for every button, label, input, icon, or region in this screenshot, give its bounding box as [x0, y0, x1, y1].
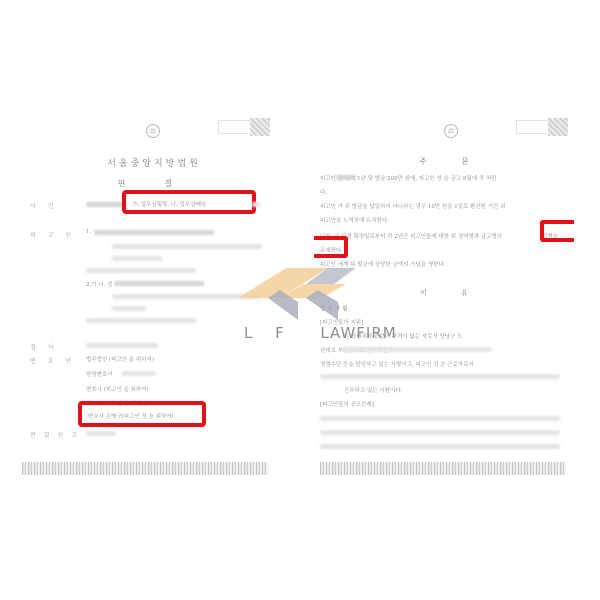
redacted-address: [112, 244, 262, 249]
prosecutor-label: 검 사: [30, 342, 59, 351]
watermark-text: L F LAWFIRM: [244, 324, 397, 342]
court-name: 서울중앙지방법원: [22, 156, 286, 169]
redacted-name: [336, 175, 356, 180]
court-seal-icon: ⚖: [444, 124, 458, 138]
qr-code-icon: [250, 118, 270, 136]
redacted-mark: [252, 202, 260, 207]
facts-line: 근무하고 있는 사람이다.: [344, 386, 402, 394]
document-type: 판 결: [22, 178, 286, 189]
qr-code-icon: [548, 118, 568, 136]
highlight-case-charges: [122, 190, 256, 214]
court-seal-icon: ⚖: [146, 124, 160, 138]
document-footer-noise: [22, 462, 268, 475]
order-line: 피고인 가 위 벌금을 납입하지 아니하는 경우 10만 원을 1일로 환산한 …: [320, 202, 506, 210]
verdict-date-label: 판 결 선 고: [30, 430, 80, 439]
counsel-label: 변 호 인: [30, 356, 76, 365]
highlight-right-bracket: [540, 220, 574, 242]
redacted-text: [342, 347, 492, 352]
redacted-text: [320, 416, 560, 421]
redacted-text: [320, 430, 560, 435]
defendant-label: 피 고 인: [30, 230, 76, 239]
barcode-box: [218, 120, 254, 134]
watermark-letters: L F: [244, 324, 293, 342]
counsel-line: 변호사 (피고인 을 위하여): [86, 385, 149, 393]
redacted-address: [112, 306, 146, 311]
document-footer-noise: [320, 462, 566, 475]
highlight-left-bracket: [314, 236, 348, 258]
redacted-address: [112, 256, 162, 261]
redacted-defendant-1: [94, 230, 214, 235]
counsel-line: 법무법인 (피고인 을 위하여): [86, 355, 154, 363]
facts-line: 경영수단 등을 담당하고 있는 사람이고, 피고인 성 은 근로자로서: [320, 360, 474, 368]
defendant-1-index: 1.: [86, 229, 91, 235]
case-label: 사 건: [30, 201, 59, 210]
subsection-conspiracy: [피고인들의 공모관계]: [320, 400, 374, 408]
order-section-title: 주 문: [320, 156, 584, 167]
redacted-text: [320, 374, 560, 379]
redacted-defendant-2: [114, 281, 204, 286]
redacted-registry: [86, 318, 196, 323]
redacted-prosecutor: [86, 343, 158, 348]
redacted-registry: [86, 268, 196, 273]
counsel-line: 담당변호사: [86, 370, 113, 378]
order-line: 피고인을 노역장에 유치한다.: [320, 216, 389, 224]
redacted-text: [320, 444, 560, 449]
redacted-case-number: [86, 202, 126, 207]
watermark-brand: LAWFIRM: [320, 324, 396, 342]
redacted-date: [86, 431, 116, 436]
redacted-name: [122, 371, 156, 376]
barcode-box: [516, 120, 552, 134]
highlight-counsel: [78, 401, 206, 427]
defendant-2-index: 2.가.나. 성: [86, 280, 112, 288]
order-line: 다.: [320, 188, 327, 196]
